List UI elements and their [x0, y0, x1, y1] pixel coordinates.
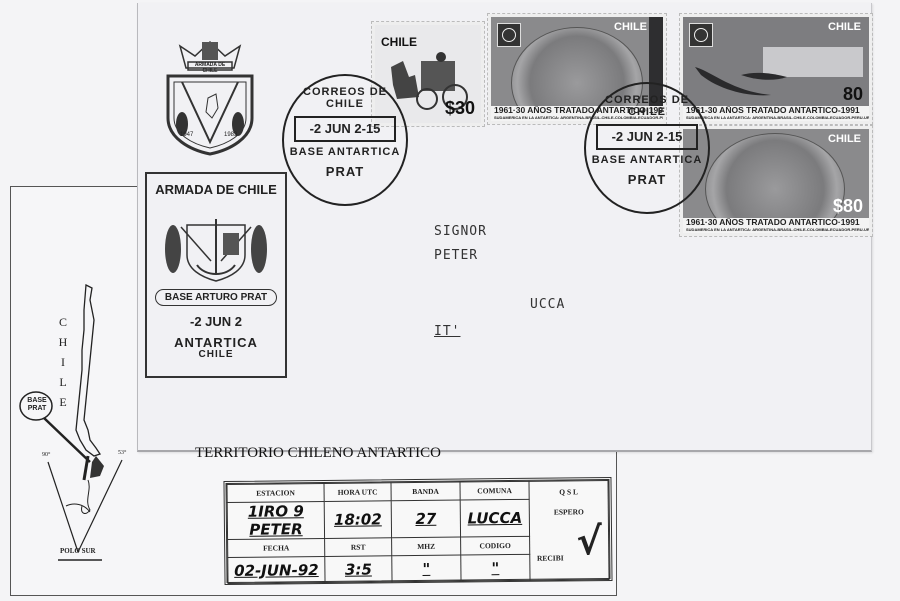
header-banda: BANDA — [391, 482, 460, 501]
value-codigo: " — [461, 554, 530, 581]
qsl-table: ESTACION HORA UTC BANDA COMUNA Q S L ESP… — [223, 477, 612, 585]
map-country-letter: H — [59, 335, 68, 349]
postmark-line1: BASE ANTARTICA — [284, 146, 406, 158]
stamp-value: $80 — [833, 196, 863, 217]
stamp-country: CHILE — [828, 133, 861, 145]
espero-label: ESPERO — [530, 507, 608, 517]
map-country-letter: E — [59, 395, 66, 409]
value-hora-utc: 18:02 — [324, 501, 391, 539]
postmark-line1: BASE ANTARTICA — [586, 154, 708, 166]
header-estacion: ESTACION — [227, 483, 324, 502]
postmark-date: -2 JUN 2-15 — [294, 116, 396, 142]
value-fecha: 02-JUN-92 — [228, 556, 325, 583]
chile-map-icon — [18, 280, 138, 570]
recibi-check-icon: √ — [570, 519, 608, 563]
header-comuna: COMUNA — [460, 481, 529, 500]
postmark-arc: CORREOS DE CHILE — [586, 94, 708, 118]
stamp-country: CHILE — [828, 21, 861, 33]
angle-left-label: 90° — [42, 452, 50, 458]
stamp-value: $30 — [445, 98, 475, 119]
header-mhz: MHZ — [392, 537, 461, 556]
header-hora-utc: HORA UTC — [324, 483, 391, 502]
postmark-2: CORREOS DE CHILE -2 JUN 2-15 BASE ANTART… — [584, 82, 710, 214]
header-rst: RST — [325, 538, 392, 557]
postmark-date: -2 JUN 2-15 — [596, 124, 698, 150]
cachet-date: -2 JUN 2 — [147, 314, 285, 329]
base-prat-label: BASE PRAT — [24, 397, 50, 413]
stamp-treaty-wildlife: CHILE 80 1961-30 AÑOS TRATADO ANTARTICO-… — [680, 14, 872, 124]
map-country-letter: I — [61, 355, 65, 369]
postmark-line2: PRAT — [586, 172, 708, 187]
treaty-emblem-icon — [497, 23, 521, 47]
crest-label: ARMADA DE CHILE — [188, 62, 232, 74]
postmark-1: CORREOS DE CHILE -2 JUN 2-15 BASE ANTART… — [282, 74, 408, 206]
header-fecha: FECHA — [228, 538, 325, 557]
stamp-caption: 1961·30 AÑOS TRATADO ANTARTICO·1991SUDAM… — [683, 218, 869, 233]
address-line-2: PETER — [434, 248, 478, 263]
postmark-line2: PRAT — [284, 164, 406, 179]
postmark-arc: CORREOS DE CHILE — [284, 86, 406, 110]
value-banda: 27 — [391, 500, 460, 538]
value-comuna: LUCCA — [460, 499, 529, 537]
recibi-label: RECIBI — [530, 553, 570, 562]
qsl-status-cell: Q S L ESPERO RECIBI √ — [529, 481, 609, 581]
angle-right-label: 53° — [118, 450, 126, 456]
territory-title: TERRITORIO CHILENO ANTARTICO — [195, 445, 441, 462]
navy-crest: ARMADA DE CHILE 1947 1983 — [160, 38, 260, 156]
cachet-crest — [161, 205, 271, 285]
cachet-ribbon: BASE ARTURO PRAT — [155, 289, 277, 306]
value-mhz: " — [392, 555, 461, 582]
treaty-emblem-icon — [689, 23, 713, 47]
address-line-1: SIGNOR — [434, 224, 487, 239]
territory-map: C H I L E BASE PRAT 90° 53° POLO SUR — [18, 280, 138, 570]
crest-year-left: 1947 — [180, 132, 193, 138]
address-line-3: UCCA — [530, 297, 565, 312]
polo-sur-label: POLO SUR — [60, 547, 96, 555]
map-country-letter: L — [59, 375, 66, 389]
cachet-line2: CHILE — [147, 349, 285, 360]
navy-shield-icon — [160, 38, 260, 156]
address-line-4: IT' — [434, 324, 460, 339]
qsl-label: Q S L — [530, 487, 608, 497]
crest-year-right: 1983 — [224, 132, 237, 138]
value-rst: 3:5 — [325, 556, 392, 583]
cachet-top: ARMADA DE CHILE — [147, 182, 285, 197]
map-country-letter: C — [59, 315, 67, 329]
cachet-line1: ANTARTICA — [147, 337, 285, 349]
base-cachet: ARMADA DE CHILE BASE ARTURO PRAT -2 JUN … — [145, 172, 287, 378]
header-codigo: CODIGO — [461, 536, 530, 555]
stamp-value: 80 — [843, 84, 863, 105]
value-estacion: 1IRO 9 PETER — [227, 501, 324, 539]
anchor-penguins-icon — [161, 205, 271, 285]
stamp-caption: 1961-30 AÑOS TRATADO ANTARTICO-1991SUDAM… — [683, 106, 869, 121]
stamp-country: CHILE — [614, 21, 647, 33]
